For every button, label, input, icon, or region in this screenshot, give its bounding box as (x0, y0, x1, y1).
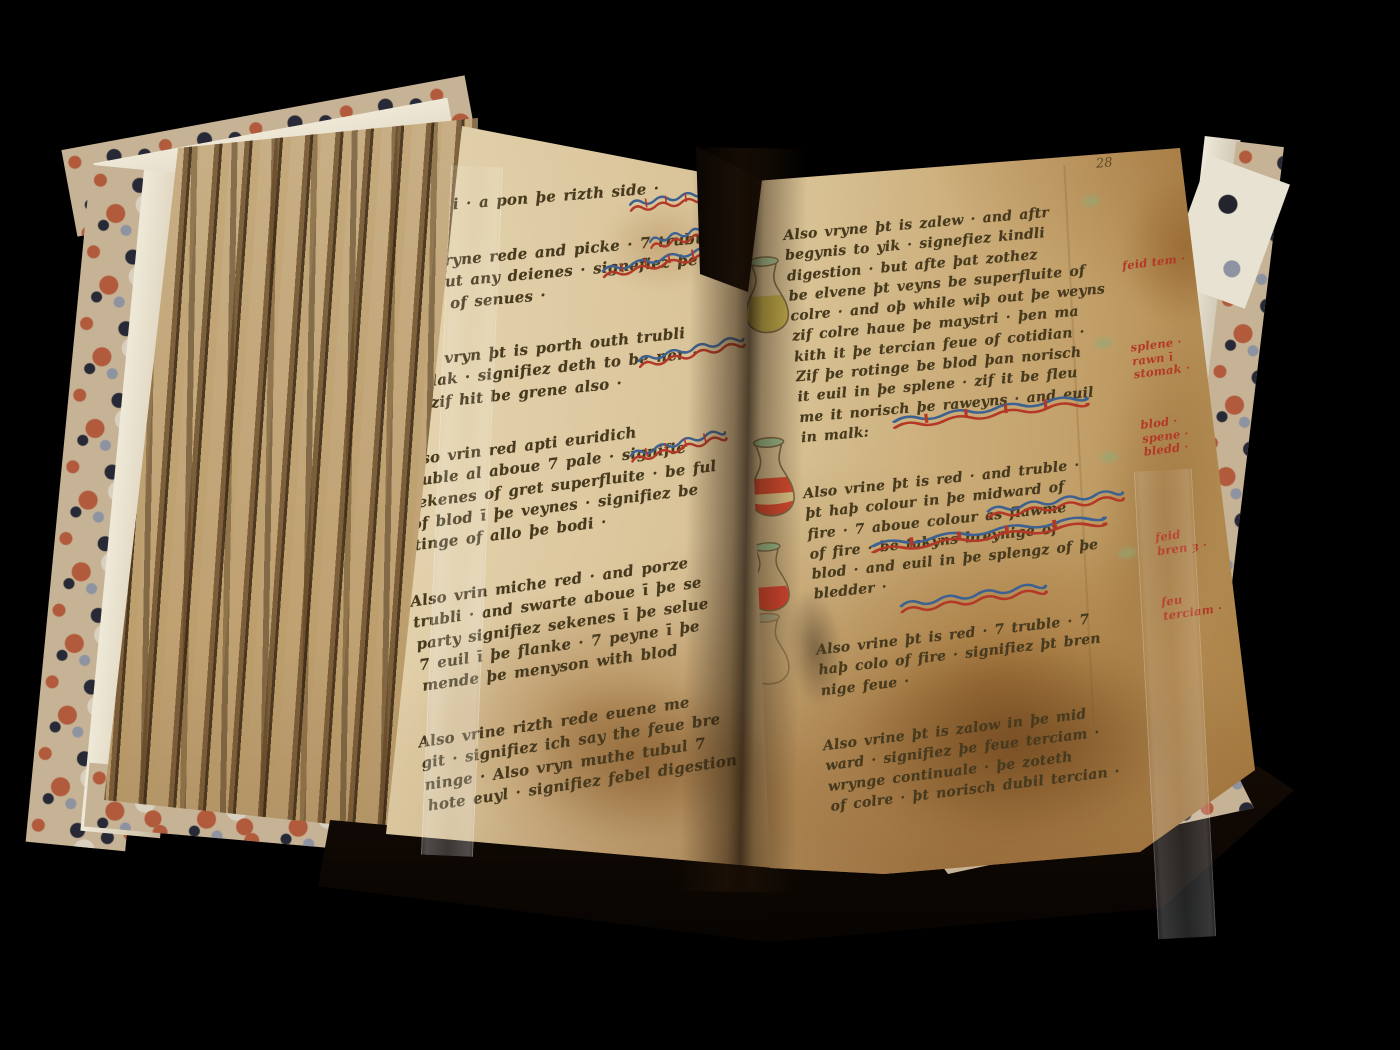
photo-scene: þe bodi · a pon þe rizth side · The vryn… (0, 0, 1400, 1050)
photo-vignette (0, 0, 1400, 1050)
